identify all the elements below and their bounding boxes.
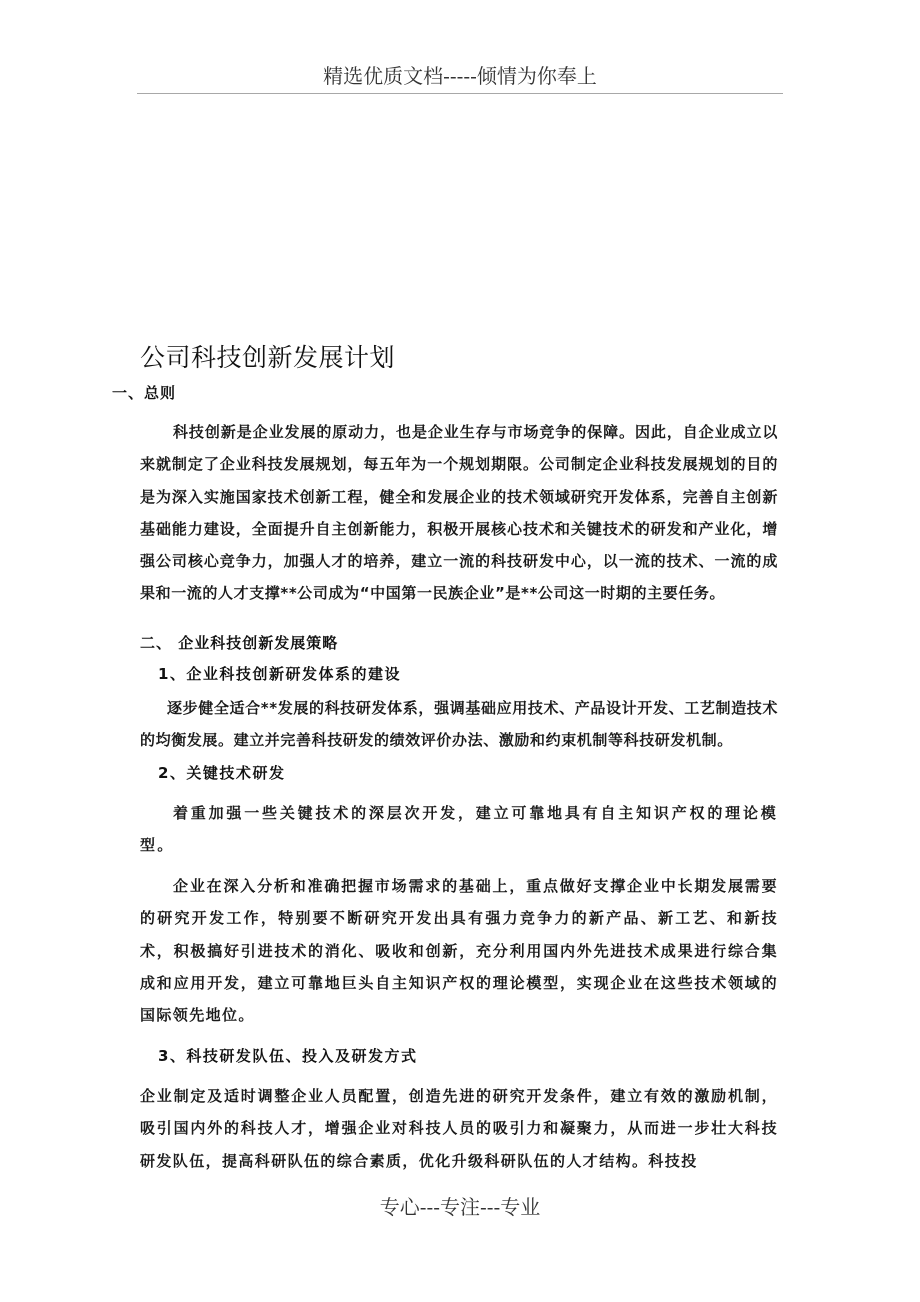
paragraph-team-investment: 企业制定及适时调整企业人员配置，创造先进的研究开发条件，建立有效的激励机制，吸引…	[140, 1080, 778, 1177]
subsection-heading-key-tech: 2、关键技术研发	[158, 761, 285, 785]
header-divider	[137, 93, 783, 94]
paragraph-general: 科技创新是企业发展的原动力，也是企业生存与市场竞争的保障。因此，自企业成立以来就…	[140, 416, 778, 610]
paragraph-key-tech-2: 企业在深入分析和准确把握市场需求的基础上，重点做好支撑企业中长期发展需要的研究开…	[140, 870, 778, 1031]
section-heading-strategy: 二、 企业科技创新发展策略	[140, 631, 338, 655]
paragraph-rd-system: 逐步健全适合**发展的科技研发体系，强调基础应用技术、产品设计开发、工艺制造技术…	[140, 692, 778, 757]
document-title: 公司科技创新发展计划	[140, 340, 395, 376]
paragraph-key-tech-1: 着重加强一些关键技术的深层次开发，建立可靠地具有自主知识产权的理论模型。	[140, 797, 778, 862]
section-heading-general: 一、总则	[112, 381, 176, 405]
subsection-heading-team-investment: 3、科技研发队伍、投入及研发方式	[158, 1044, 417, 1068]
subsection-heading-rd-system: 1、企业科技创新研发体系的建设	[158, 662, 401, 686]
page-footer: 专心---专注---专业	[300, 1193, 620, 1221]
page-header: 精选优质文档-----倾情为你奉上	[137, 62, 783, 90]
